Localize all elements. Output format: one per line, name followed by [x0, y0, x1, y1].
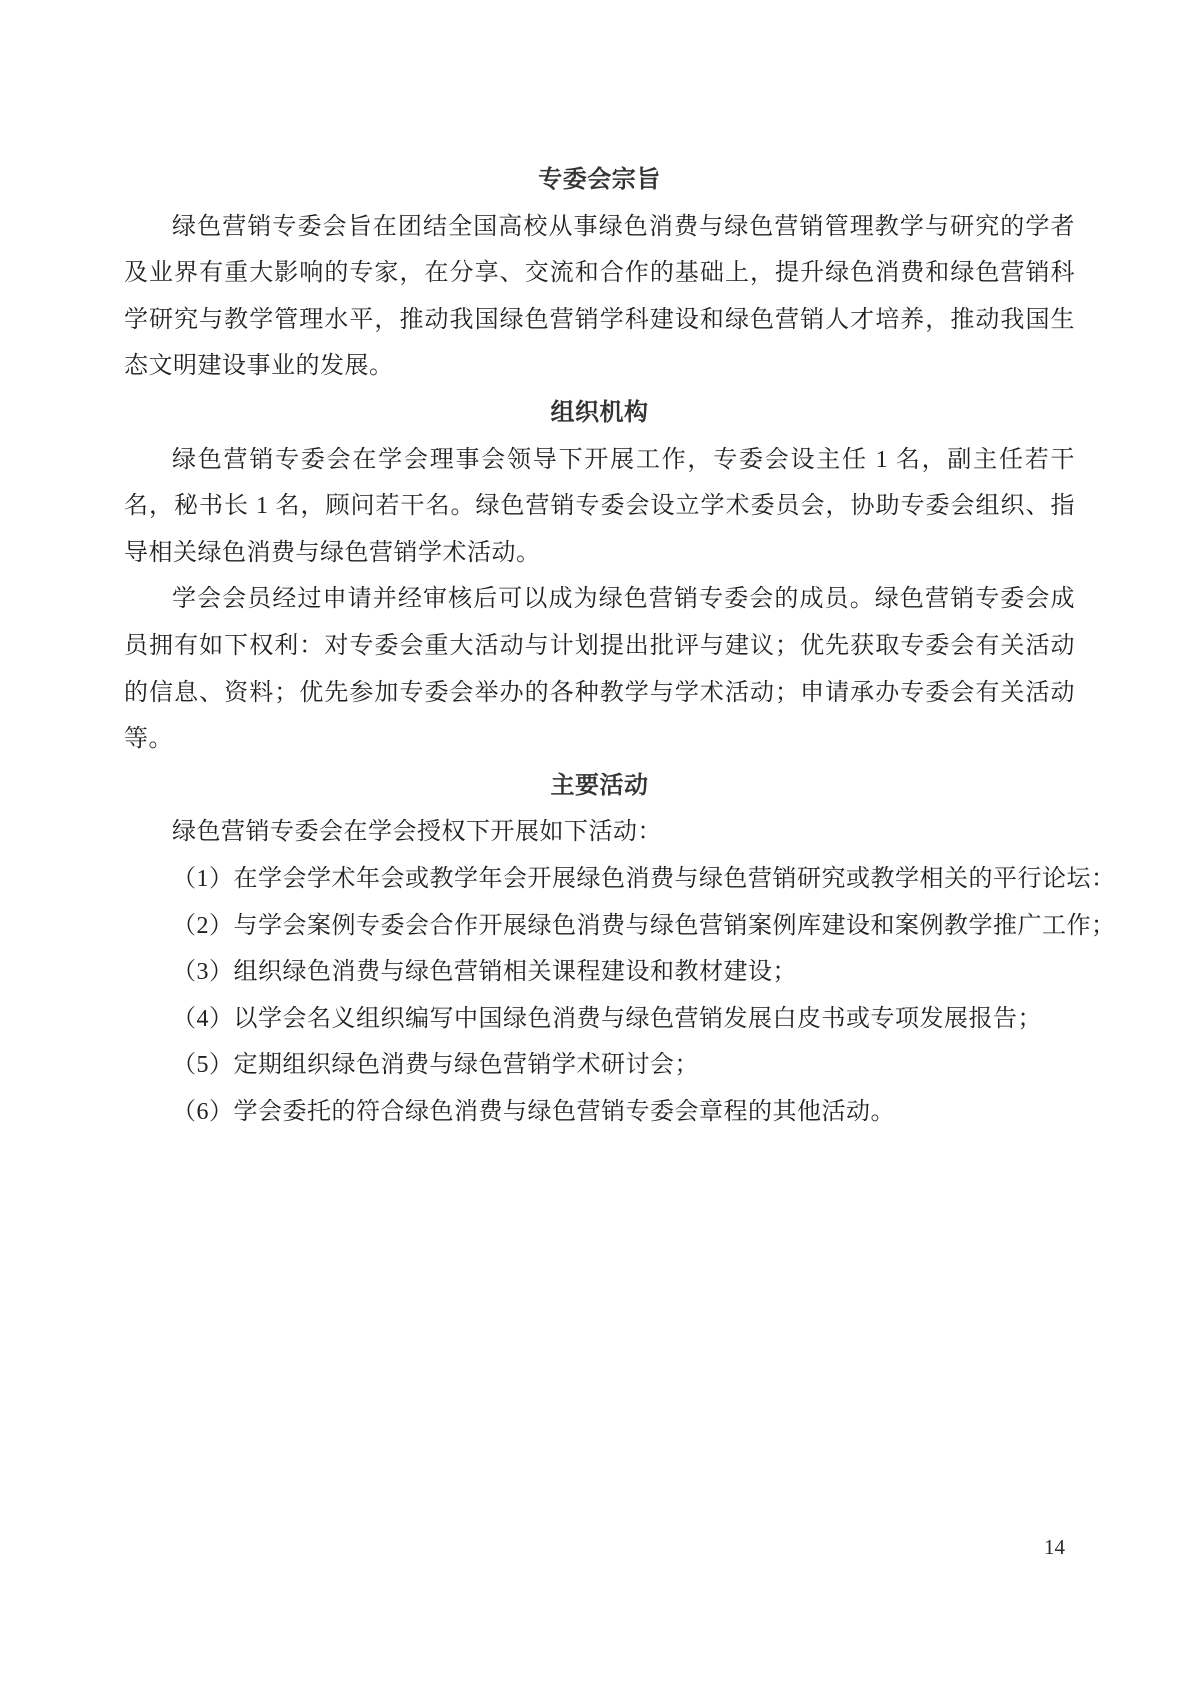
- organization-paragraph-2: 学会会员经过申请并经审核后可以成为绿色营销专委会的成员。绿色营销专委会成员拥有如…: [124, 576, 1075, 762]
- section-committee-purpose: 专委会宗旨 绿色营销专委会旨在团结全国高校从事绿色消费与绿色营销管理教学与研究的…: [124, 157, 1075, 390]
- activities-intro-paragraph: 绿色营销专委会在学会授权下开展如下活动：: [124, 809, 1075, 856]
- heading-main-activities: 主要活动: [124, 763, 1075, 810]
- purpose-paragraph: 绿色营销专委会旨在团结全国高校从事绿色消费与绿色营销管理教学与研究的学者及业界有…: [124, 204, 1075, 390]
- activity-list-item-6: （6）学会委托的符合绿色消费与绿色营销专委会章程的其他活动。: [124, 1089, 1075, 1136]
- activity-list-item-5: （5）定期组织绿色消费与绿色营销学术研讨会；: [124, 1042, 1075, 1089]
- organization-paragraph-1: 绿色营销专委会在学会理事会领导下开展工作，专委会设主任 1 名，副主任若干名，秘…: [124, 437, 1075, 577]
- activity-list-item-1: （1）在学会学术年会或教学年会开展绿色消费与绿色营销研究或教学相关的平行论坛：: [124, 856, 1075, 903]
- section-main-activities: 主要活动 绿色营销专委会在学会授权下开展如下活动： （1）在学会学术年会或教学年…: [124, 763, 1075, 1136]
- activity-list-item-3: （3）组织绿色消费与绿色营销相关课程建设和教材建设；: [124, 949, 1075, 996]
- activity-list-item-2: （2）与学会案例专委会合作开展绿色消费与绿色营销案例库建设和案例教学推广工作；: [124, 903, 1075, 950]
- document-content: 专委会宗旨 绿色营销专委会旨在团结全国高校从事绿色消费与绿色营销管理教学与研究的…: [124, 157, 1075, 1135]
- heading-committee-purpose: 专委会宗旨: [124, 157, 1075, 204]
- page-number: 14: [0, 1534, 1065, 1560]
- heading-organization: 组织机构: [124, 390, 1075, 437]
- section-organization: 组织机构 绿色营销专委会在学会理事会领导下开展工作，专委会设主任 1 名，副主任…: [124, 390, 1075, 763]
- activity-list-item-4: （4）以学会名义组织编写中国绿色消费与绿色营销发展白皮书或专项发展报告；: [124, 996, 1075, 1043]
- document-page: 专委会宗旨 绿色营销专委会旨在团结全国高校从事绿色消费与绿色营销管理教学与研究的…: [0, 0, 1191, 1684]
